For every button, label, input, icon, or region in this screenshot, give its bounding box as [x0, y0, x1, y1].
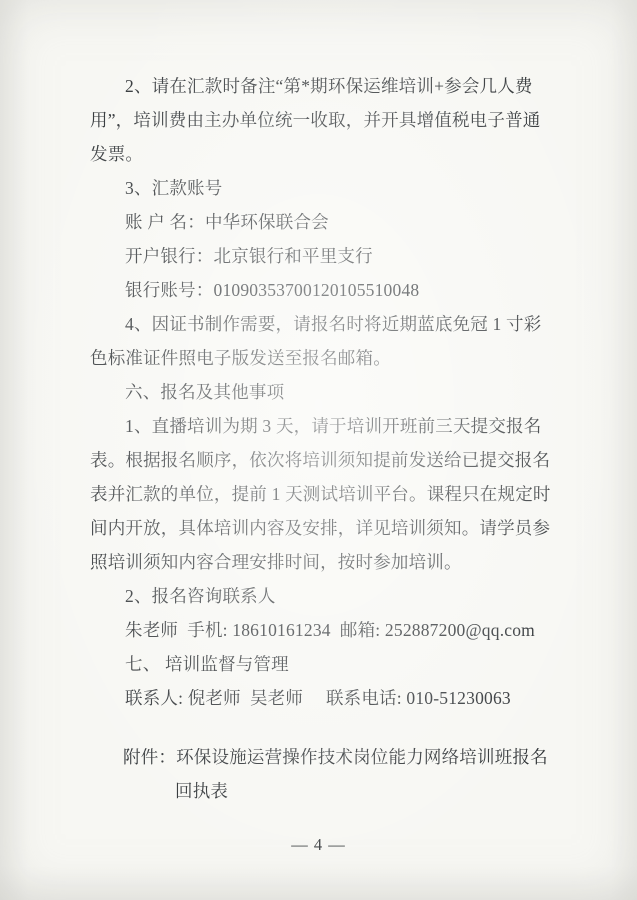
document-text-block: 2、请在汇款时备注“第*期环保运维培训+参会几人费 用”，培训费由主办单位统一收…: [90, 69, 547, 860]
document-line: 表并汇款的单位，提前 1 天测试培训平台。课程只在规定时: [90, 477, 547, 511]
document-line: 色标准证件照电子版发送至报名邮箱。: [90, 341, 547, 375]
page-number: — 4 —: [90, 830, 547, 860]
document-line: 间内开放，具体培训内容及安排，详见培训须知。请学员参: [90, 511, 547, 545]
document-line-contact-heading: 2、报名咨询联系人: [90, 579, 547, 613]
document-line-attachment: 附件：环保设施运营操作技术岗位能力网络培训班报名: [90, 740, 547, 774]
scanned-document-page: 2、请在汇款时备注“第*期环保运维培训+参会几人费 用”，培训费由主办单位统一收…: [0, 0, 637, 900]
document-line: 照培训须知内容合理安排时间，按时参加培训。: [90, 545, 547, 579]
document-line-account-name: 账 户 名：中华环保联合会: [90, 205, 547, 239]
document-line-section-six-heading: 六、报名及其他事项: [90, 375, 547, 409]
document-line: 1、直播培训为期 3 天，请于培训开班前三天提交报名: [90, 409, 547, 443]
document-line-attachment-continuation: 回执表: [90, 774, 547, 808]
document-line: 表。根据报名顺序，依次将培训须知提前发送给已提交报名: [90, 443, 547, 477]
document-line-supervision-contact: 联系人: 倪老师 吴老师 联系电话: 010-51230063: [90, 681, 547, 715]
vertical-gap: [90, 808, 547, 830]
document-line-bank-account-number: 银行账号：01090353700120105510048: [90, 273, 547, 307]
document-line: 4、因证书制作需要，请报名时将近期蓝底免冠 1 寸彩: [90, 307, 547, 341]
vertical-gap: [90, 715, 547, 740]
document-line: 用”，培训费由主办单位统一收取，并开具增值税电子普通: [90, 103, 547, 137]
document-line-remittance-heading: 3、汇款账号: [90, 171, 547, 205]
document-line-section-seven-heading: 七、 培训监督与管理: [90, 647, 547, 681]
document-line-bank-name: 开户银行：北京银行和平里支行: [90, 239, 547, 273]
document-line-contact-info: 朱老师 手机: 18610161234 邮箱: 252887200@qq.com: [90, 613, 547, 647]
document-line: 2、请在汇款时备注“第*期环保运维培训+参会几人费: [90, 69, 547, 103]
document-line: 发票。: [90, 137, 547, 171]
